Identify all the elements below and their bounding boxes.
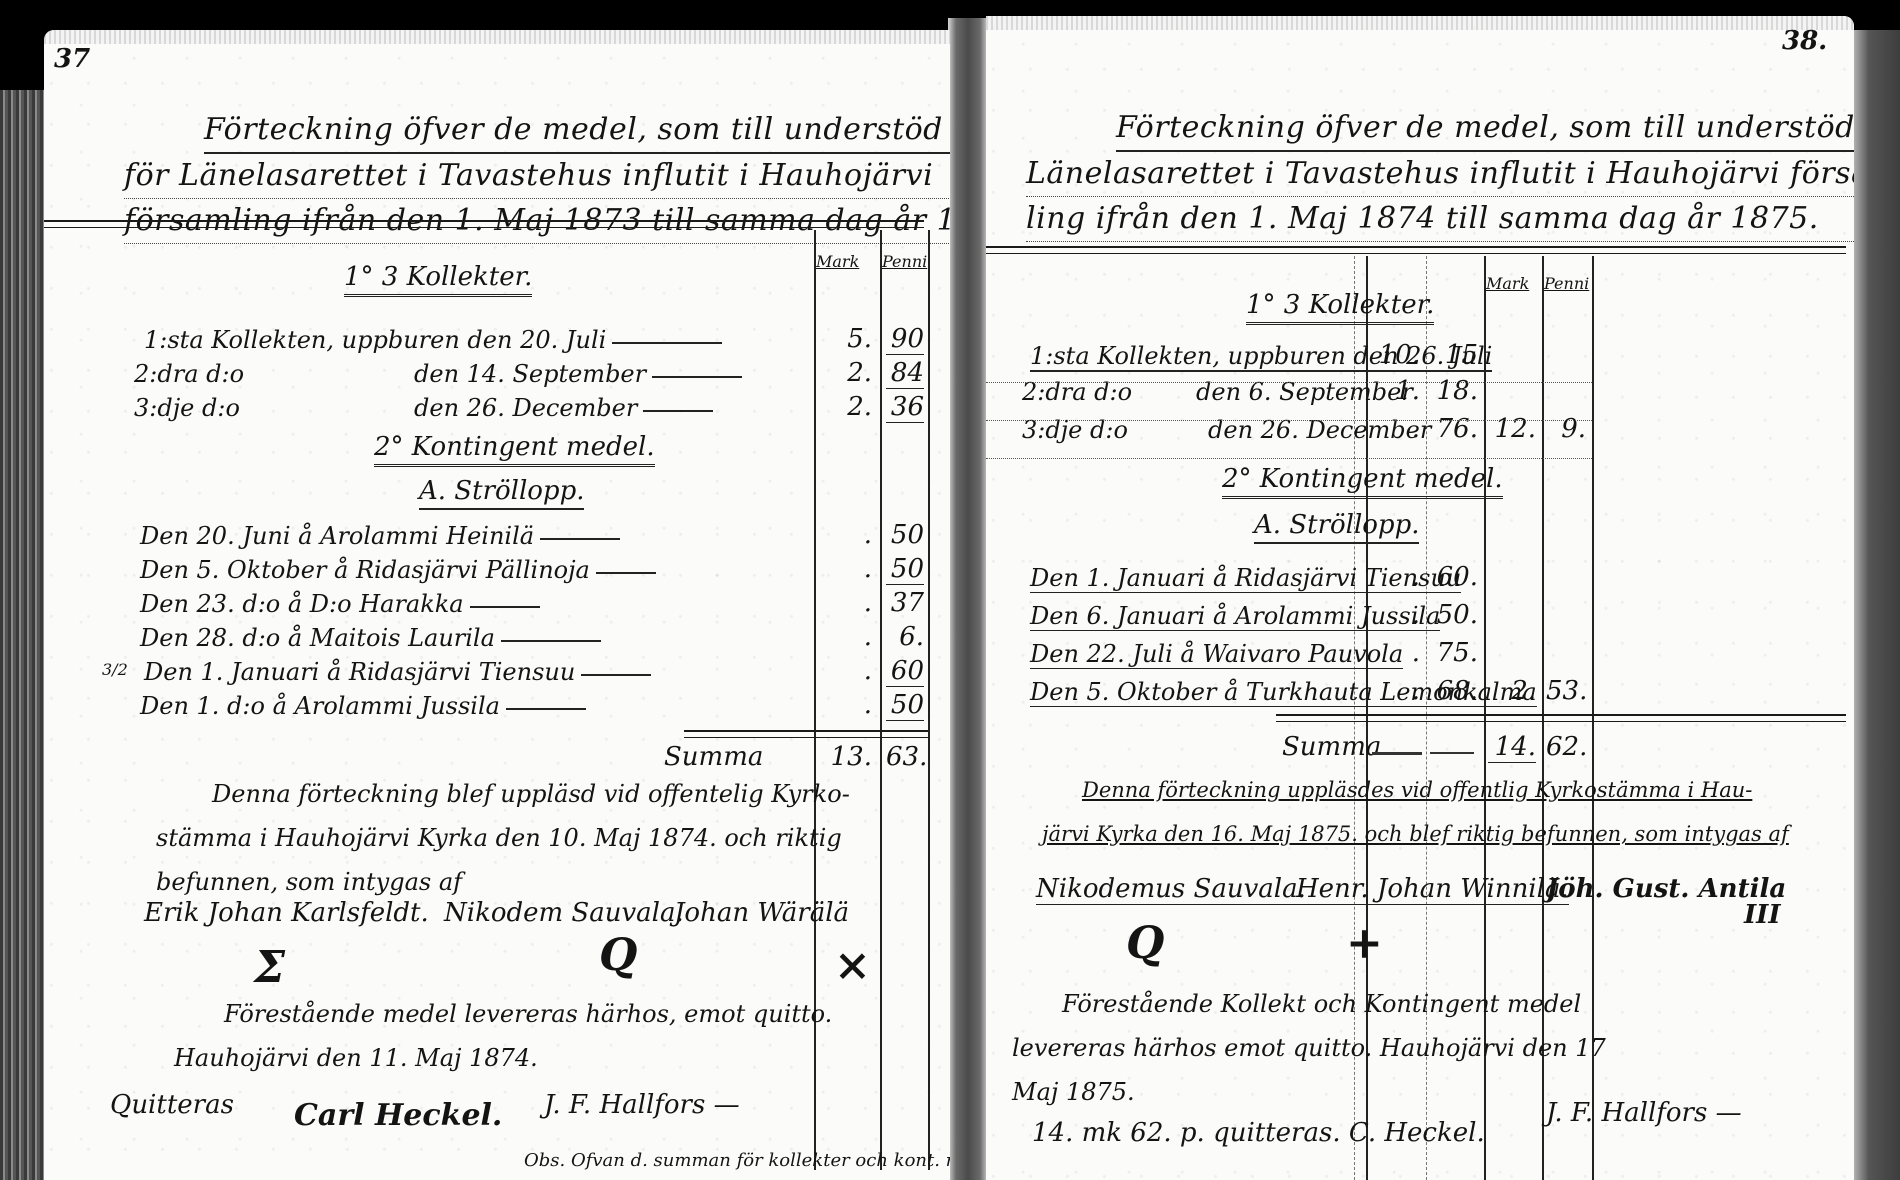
collection-row-mark: 2. <box>822 392 872 422</box>
title-line: Förteckning öfver de medel, som till und… <box>1116 106 1854 152</box>
title-line: ling ifrån den 1. Maj 1874 till samma da… <box>1026 197 1854 242</box>
collection-row-label: 1:sta Kollekten, uppburen den 26. Juli <box>1030 342 1492 372</box>
left-page: 37 Förteckning öfver de medel, som till … <box>44 30 950 1180</box>
section-title-contingents: 2° Kontingent medel. <box>374 432 655 467</box>
contingent-row-label: Den 22. Juli å Waivaro Pauvola <box>1030 640 1403 669</box>
contingent-row-label: Den 5. Oktober å Ridasjärvi Pällinoja <box>140 556 656 584</box>
signature-mark: Q <box>1126 918 1164 969</box>
contingent-row-mark: . <box>822 588 872 618</box>
collection-row-date: den 14. September <box>414 360 742 388</box>
signatory: Johan Wärälä <box>674 898 849 928</box>
page-edge-texture <box>44 30 950 44</box>
summa-mark: 14. <box>1488 732 1536 763</box>
pastor-signature: J. F. Hallfors — <box>1546 1098 1742 1128</box>
column-rule-right <box>928 230 930 1170</box>
quitteras-signature: Carl Heckel. <box>294 1098 502 1133</box>
collection-row-label: 1:sta Kollekten, uppburen den 20. Juli <box>144 326 722 354</box>
footnote: Obs. Ofvan d. summan för kollekter och k… <box>524 1150 950 1171</box>
summa-penni: 63. <box>886 742 924 772</box>
collection-row-penni: 15 <box>1430 340 1478 371</box>
signature-mark: × <box>834 940 871 991</box>
signature-mark: Σ <box>254 942 285 993</box>
collection-row-penni: 36 <box>886 392 924 423</box>
signatory: Nikodem Sauvala. <box>444 898 684 928</box>
contingent-row-penni: 37 <box>886 588 924 618</box>
signatory: Nikodemus Sauvala. <box>1036 874 1306 905</box>
collection-row-penni: 18. <box>1430 376 1478 406</box>
contingent-row-penni: 68. <box>1430 676 1478 706</box>
column-header-mark: Mark <box>816 252 859 271</box>
collection-row-mark: 2. <box>822 358 872 388</box>
header-rule <box>44 220 924 228</box>
quittance-line: 14. mk 62. p. quitteras. C. Heckel. <box>1032 1118 1485 1148</box>
book-edge-right <box>1852 30 1900 1180</box>
signature-mark: + <box>1346 918 1383 969</box>
title-line: för Länelasarettet i Tavastehus influtit… <box>124 154 950 199</box>
contingent-row-mark: . <box>822 520 872 550</box>
contingent-row-mark: . <box>1370 562 1420 592</box>
header-rule <box>986 246 1846 254</box>
column-rule-penni <box>880 230 882 1170</box>
column-header-penni: Penni <box>882 252 927 271</box>
summa-rule <box>684 730 928 738</box>
summa-mark: 13. <box>822 742 872 772</box>
collection-row-date: den 26. December <box>414 394 713 422</box>
title-line: Länelasarettet i Tavastehus influtit i H… <box>1026 152 1854 197</box>
book-gutter <box>948 18 988 1180</box>
column-header-penni: Penni <box>1544 274 1589 293</box>
summa-label: Summa <box>1282 732 1381 762</box>
contingent-row-penni: 50 <box>886 554 924 585</box>
ruled-line <box>986 382 1592 383</box>
quitteras-label: Quitteras <box>110 1090 234 1120</box>
summa-rule <box>1276 714 1846 722</box>
contingent-row-label: Den 1. d:o å Arolammi Jussila <box>140 692 586 720</box>
pastor-signature: J. F. Hallfors — <box>544 1090 740 1120</box>
ledger-title: Förteckning öfver de medel, som till und… <box>1026 106 1854 242</box>
signature-mark: III <box>1744 900 1781 930</box>
contingent-row-penni: 6. <box>886 622 924 652</box>
contingent-row-penni: 50 <box>886 520 924 550</box>
margin-note: 3/2 <box>102 660 128 679</box>
subtotal-mark: 2. <box>1488 676 1536 706</box>
subtotal-penni: 9. <box>1546 414 1586 444</box>
section-title-contingents: 2° Kontingent medel. <box>1222 464 1503 499</box>
contingent-row-penni: 75. <box>1430 638 1478 668</box>
section-subtitle: A. Ströllopp. <box>1254 510 1419 544</box>
collection-row-penni: 76. <box>1430 414 1478 444</box>
contingent-row-label: Den 28. d:o å Maitois Laurila <box>140 624 601 652</box>
contingent-row-penni: 50 <box>886 690 924 721</box>
subtotal-mark: 12. <box>1488 414 1536 444</box>
delivery-note: Förestående Kollekt och Kontingent medel… <box>1012 982 1606 1114</box>
collection-row-mark: 5. <box>822 324 872 354</box>
summa-dash <box>1430 752 1474 754</box>
attestation-text: Denna förteckning blef uppläsd vid offen… <box>156 772 850 904</box>
collection-row-penni: 90 <box>886 324 924 355</box>
signatory: Erik Johan Karlsfeldt. <box>144 898 429 928</box>
section-title-collections: 1° 3 Kollekter. <box>344 262 532 297</box>
book-edge-left <box>0 90 44 1180</box>
contingent-row-mark: . <box>822 690 872 720</box>
summa-penni: 62. <box>1546 732 1586 762</box>
title-line: Förteckning öfver de medel, som till und… <box>204 108 950 154</box>
summa-label: Summa <box>664 742 763 772</box>
contingent-row-mark: . <box>822 554 872 584</box>
summa-dash <box>1372 752 1422 755</box>
delivery-note: Förestående medel levereras härhos, emot… <box>174 992 832 1080</box>
page-number: 38. <box>1782 26 1827 56</box>
collection-row-mark: 1. <box>1370 376 1420 406</box>
page-number: 37 <box>54 44 90 74</box>
contingent-row-mark: . <box>822 622 872 652</box>
right-page: 38. Förteckning öfver de medel, som till… <box>986 16 1854 1180</box>
contingent-row-penni: 50. <box>1430 600 1478 630</box>
contingent-row-mark: . <box>1370 676 1420 706</box>
collection-row-label: 2:dra d:o <box>134 360 244 388</box>
ruled-line <box>986 458 1592 459</box>
contingent-row-label: Den 20. Juni å Arolammi Heinilä <box>140 522 620 550</box>
contingent-row-label: Den 1. Januari å Ridasjärvi Tiensuu <box>144 658 651 686</box>
signatory: Henr. Johan Winnilä. <box>1296 874 1569 905</box>
contingent-row-label: Den 23. d:o å D:o Harakka <box>140 590 540 618</box>
section-title-collections: 1° 3 Kollekter. <box>1246 290 1434 325</box>
ruled-line <box>986 420 1592 421</box>
contingent-row-penni: 60. <box>1430 562 1478 592</box>
collection-row-mark: . <box>1370 414 1420 444</box>
contingent-row-mark: . <box>822 656 872 686</box>
contingent-row-penni: 60 <box>886 656 924 687</box>
contingent-row-mark: . <box>1370 638 1420 668</box>
subtotal-penni: 53. <box>1546 676 1586 706</box>
section-subtitle: A. Ströllopp. <box>419 476 584 510</box>
attestation-text: Denna förteckning uppläsdes vid offentli… <box>1042 768 1789 856</box>
signature-mark: Q <box>599 930 637 981</box>
collection-row-label: 3:dje d:o <box>134 394 240 422</box>
collection-row-mark: 10. <box>1370 340 1420 370</box>
collection-row-penni: 84 <box>886 358 924 389</box>
contingent-row-mark: . <box>1370 600 1420 630</box>
page-edge-texture <box>986 16 1854 30</box>
column-header-mark: Mark <box>1486 274 1529 293</box>
